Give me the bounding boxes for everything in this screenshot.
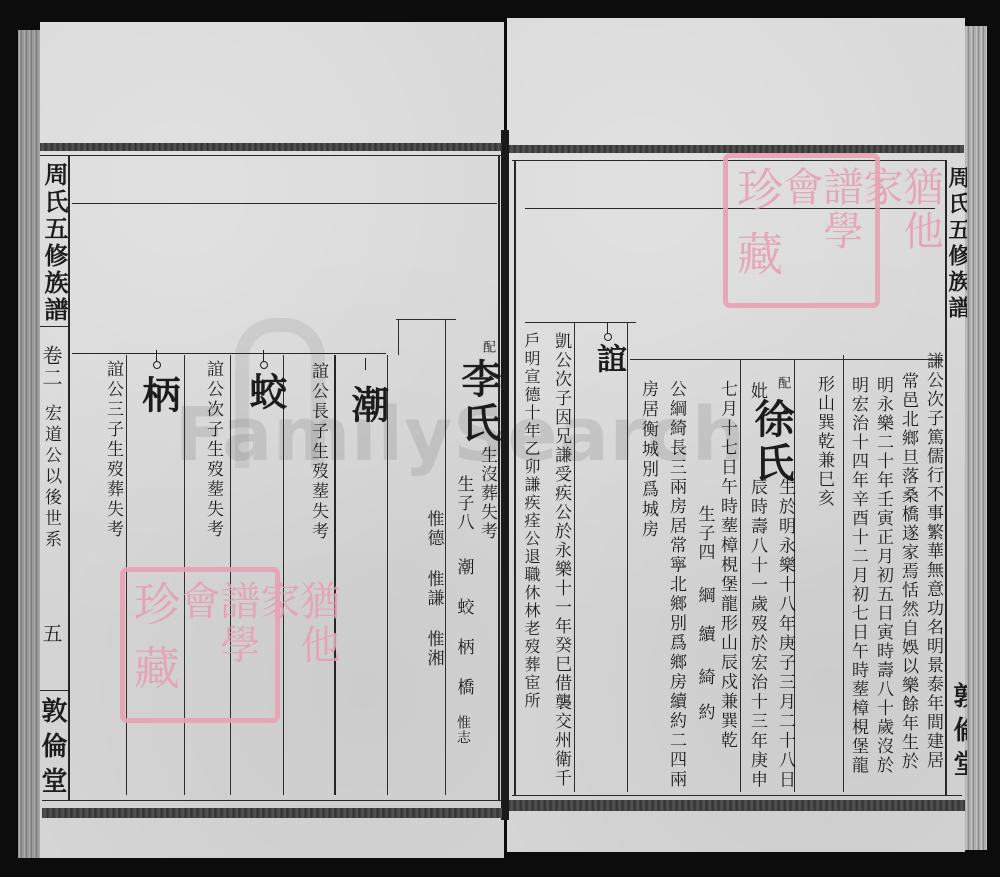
son-note-first: 誼公長子生歿塟失考 <box>309 362 326 542</box>
child-name: 惟志 <box>456 715 470 745</box>
child-name: 潮 <box>455 558 472 577</box>
column-line <box>843 355 844 792</box>
children-label: 生子八 <box>455 475 472 532</box>
children-label: 生子四 <box>696 505 713 562</box>
page-number: 五 <box>41 623 61 643</box>
child-name: 續 <box>696 625 713 644</box>
son-note-second: 誼公次子生歿塟失考 <box>204 360 221 540</box>
spouse-name: 徐氏 <box>751 398 791 486</box>
section-label: 宏道公以後世系 <box>42 404 59 551</box>
spouse-detail-line-2: 辰時壽八十一歲歿於宏治十三年庚申 <box>748 478 765 790</box>
book-title: 周氏五修族譜 <box>42 162 66 324</box>
collection-seal: 猶他家 譜學會 珍藏 <box>723 153 880 308</box>
person-biography-line-2: 戶明宣德十年乙卯謙疾痊公退職休林老歿葬宦所 <box>523 332 539 710</box>
person-name: 誼 <box>593 343 623 373</box>
top-border-band-left <box>40 143 502 151</box>
child-name: 惟湘 <box>425 630 442 668</box>
spouse-detail-line-1: 生於明永樂十八年庚子三月二十八日 <box>776 478 793 790</box>
spouse-detail-line-3: 七月十七日午時塟樟梘堡龍形山辰戍兼巽乾 <box>718 380 735 751</box>
child-name: 蛟 <box>455 598 472 617</box>
rule-line <box>40 690 68 691</box>
column-line <box>334 355 336 795</box>
rule-line <box>630 359 942 360</box>
volume-label: 卷二 <box>41 345 61 389</box>
bottom-border-band-right <box>509 800 965 811</box>
spouse-children-list-continued: 惟德 惟謙 惟湘 <box>423 510 443 668</box>
spouse-note: 生沒葬失考 <box>478 446 495 541</box>
seal-text: 珍藏 <box>734 166 780 294</box>
child-name: 綺 <box>696 668 713 687</box>
right-margin-strip: 周氏五修族譜 敦倫堂 <box>947 160 967 800</box>
rule-line <box>72 353 386 354</box>
child-name: 約 <box>696 703 713 722</box>
spouse-prefix: 配 <box>481 340 494 353</box>
child-name: 柄 <box>455 638 472 657</box>
rule-line <box>42 800 502 801</box>
collection-seal: 猶他家 譜學會 珍藏 <box>120 567 280 723</box>
prev-biography-line-5: 形山巽乾兼巳亥 <box>815 375 832 508</box>
prev-biography-line-3: 明永樂二十年壬寅正月初五日寅時壽八十歲沒於 <box>874 376 891 775</box>
seal-text: 譜學會 <box>177 580 257 710</box>
child-name: 綱 <box>696 586 713 605</box>
lineage-hook-icon <box>604 322 612 342</box>
spouse-children-list: 生子八 潮 蛟 柄 橋 惟志 <box>453 475 473 745</box>
son-note-third: 誼公三子生歿葬失考 <box>104 360 121 540</box>
seal-text: 珍藏 <box>131 580 177 708</box>
spouse-note-line-1: 公綱綺長三兩房居常寧北鄉別爲鄉房續約二四兩 <box>667 380 684 790</box>
rule-line <box>72 203 497 204</box>
lineage-hook-icon <box>362 358 370 378</box>
column-line <box>283 355 284 795</box>
son-name-first: 潮 <box>348 385 386 423</box>
bottom-border-band-left <box>42 808 502 818</box>
column-line <box>398 319 399 355</box>
page-frame-line <box>514 160 516 795</box>
rule-line <box>525 322 636 323</box>
hall-name: 敦倫堂 <box>39 697 65 802</box>
child-name: 橋 <box>455 678 472 697</box>
rule-line <box>40 326 68 327</box>
seal-text: 猶他家 <box>860 166 940 295</box>
child-name: 惟謙 <box>425 570 442 608</box>
spouse-children-list: 生子四 綱 續 綺 約 <box>694 505 714 722</box>
column-line <box>574 322 575 792</box>
son-name-third: 柄 <box>139 375 177 413</box>
seal-text: 譜學會 <box>780 166 860 295</box>
lineage-hook-icon <box>260 350 268 370</box>
column-line <box>627 322 628 792</box>
column-line <box>740 360 741 792</box>
prev-biography-line-1: 謙公次子篤儒行不事繁華無意功名明景泰年間建居 <box>924 352 941 770</box>
rule-line <box>40 155 502 156</box>
column-line <box>445 319 446 795</box>
rule-line <box>396 319 456 320</box>
hall-name: 敦倫堂 <box>951 682 967 784</box>
child-name: 惟德 <box>425 510 442 548</box>
rule-line <box>512 795 962 796</box>
book-title: 周氏五修族譜 <box>947 166 967 322</box>
page-frame-line <box>498 155 500 800</box>
spouse-name: 李氏 <box>458 358 498 446</box>
prev-biography-line-4: 明宏治十四年辛酉十二月初七日午時塟樟梘堡龍 <box>849 376 866 775</box>
lineage-hook-icon <box>153 350 161 370</box>
spouse-prefix: 配 <box>776 376 789 389</box>
person-biography-line-1: 凱公次子因兄謙受疾公於永樂十一年癸巳借襲交州衛千 <box>552 332 569 788</box>
seal-text: 猶他家 <box>257 580 337 710</box>
spouse-note-line-2: 房居衡城別爲城房 <box>639 380 656 540</box>
prev-biography-line-2: 常邑北鄉旦落桑橋遂家焉恬然自娛以樂餘年生於 <box>899 372 916 771</box>
son-name-second: 蛟 <box>246 372 284 410</box>
top-border-band-right <box>509 145 964 153</box>
